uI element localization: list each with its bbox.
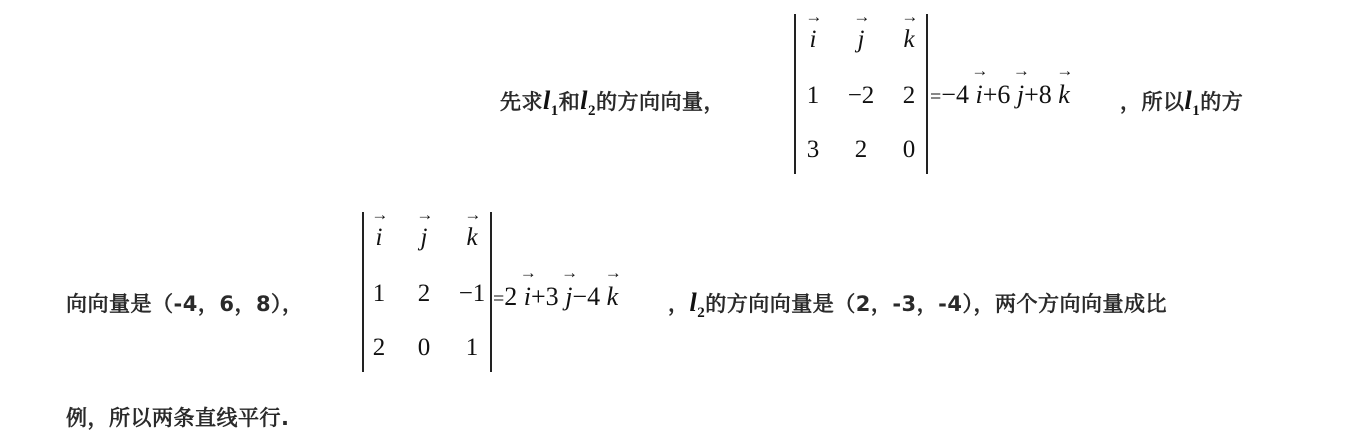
line1-result: =−4 i+6 j+8 k (930, 80, 1070, 110)
line1-text-prefix: 先求l1和l2的方向向量， (500, 86, 725, 120)
det2-cell: 0 (399, 334, 449, 362)
vector-j: j (1017, 80, 1024, 110)
l1-symbol: l1 (543, 86, 559, 115)
det1-cell: 2 (836, 136, 886, 164)
line3-text: 例，所以两条直线平行. (66, 402, 289, 432)
det1-cell: i (788, 26, 838, 54)
determinant-1: i j k 1 −2 2 3 2 0 (794, 14, 928, 174)
vector-i: i (524, 282, 531, 312)
det2-cell: −1 (447, 280, 497, 308)
coef: +8 (1024, 80, 1052, 109)
coef: −4 (941, 80, 969, 109)
det2-cell: 2 (399, 280, 449, 308)
line1-tail: ，所以l1的方 (1120, 86, 1243, 120)
det1-cell: 3 (788, 136, 838, 164)
line2-result: =2 i+3 j−4 k (493, 282, 618, 312)
det1-cell: k (884, 26, 934, 54)
equals: = (930, 86, 941, 108)
det2-cell: j (399, 224, 449, 252)
text: 和 (559, 90, 581, 114)
coef: 2 (504, 282, 517, 311)
vector-i: i (975, 80, 982, 110)
det1-cell: j (836, 26, 886, 54)
vector-k: k (607, 282, 619, 312)
det2-cell: 1 (354, 280, 404, 308)
det1-cell: 2 (884, 82, 934, 110)
det2-cell: i (354, 224, 404, 252)
text: ， (668, 292, 690, 316)
l2-symbol: l2 (580, 86, 596, 115)
equals: = (493, 288, 504, 310)
vector-k: k (1058, 80, 1070, 110)
det2-cell: k (447, 224, 497, 252)
coef: +3 (531, 282, 559, 311)
text: 的方向向量是（2，-3，-4），两个方向向量成比 (705, 292, 1167, 316)
determinant-2: i j k 1 2 −1 2 0 1 (362, 212, 492, 372)
det2-cell: 2 (354, 334, 404, 362)
line2-tail: ，l2的方向向量是（2，-3，-4），两个方向向量成比 (668, 288, 1167, 322)
det1-cell: −2 (836, 82, 886, 110)
det1-cell: 1 (788, 82, 838, 110)
det2-cell: 1 (447, 334, 497, 362)
text: 的方向向量， (596, 90, 725, 114)
coef: −4 (572, 282, 600, 311)
text: 先求 (500, 90, 543, 114)
vector-j: j (565, 282, 572, 312)
coef: +6 (983, 80, 1011, 109)
det1-cell: 0 (884, 136, 934, 164)
text: 的方 (1200, 90, 1243, 114)
text: ，所以 (1120, 90, 1185, 114)
l1-symbol: l1 (1185, 86, 1201, 115)
l2-symbol: l2 (690, 288, 706, 317)
line2-prefix: 向向量是（-4，6，8）， (66, 288, 304, 318)
